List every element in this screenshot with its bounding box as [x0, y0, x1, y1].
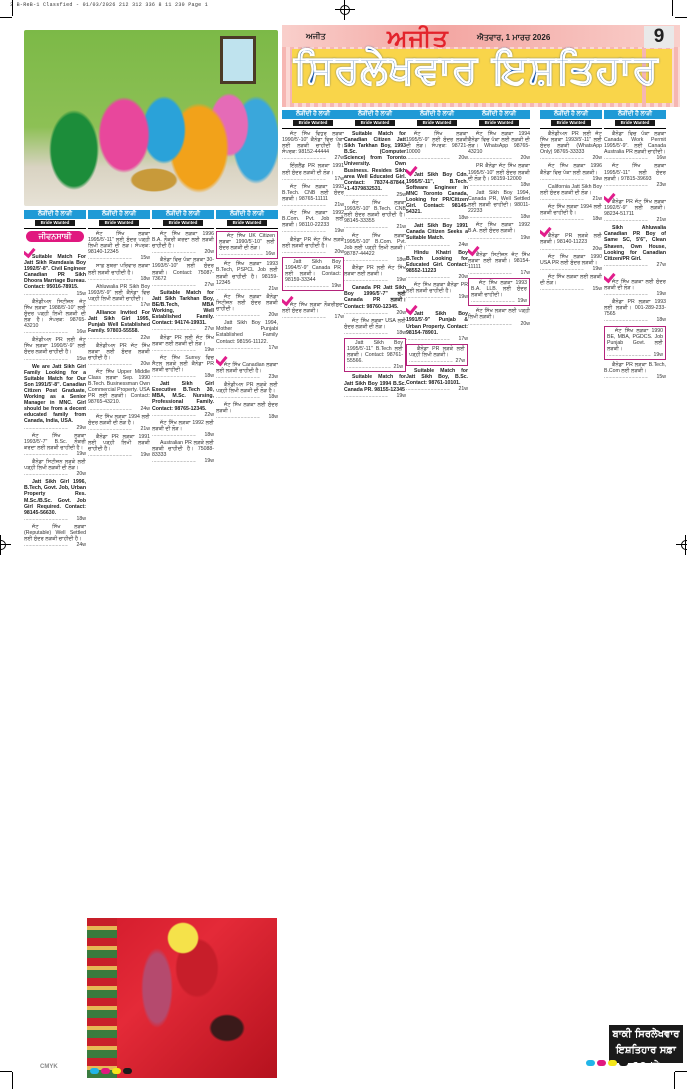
matrimonial-badge: ਜੀਵਨਸਾਥੀ: [26, 231, 84, 242]
classified-ad: Alliance Invited For Jatt Sikh Girl 1995…: [88, 310, 150, 340]
ad-text: ਜੱਟ ਸਿੱਖ ਲੜਕਾ 1995/5'-9" ਲਈ ਸੁੰਦਰ ਲੜਕੀ ਦ…: [406, 131, 468, 155]
ad-body: Australian PR ਲੜਕੇ ਲਈ ਲੜਕੀ ਚਾਹੀਦੀ ਹੈ। 75…: [152, 440, 214, 458]
classified-ad: ਜੱਟ ਸਿੱਖ ਲੜਕਾ 1990 BE, MBA, PGDCS. Job P…: [604, 326, 666, 360]
column-rule: [344, 128, 406, 129]
ad-body: ਕੈਨੇਡਾ PR ਲੜਕਾ 1991 ਲਈ ਪੜ੍ਹੀ ਲਿਖੀ ਲੜਕੀ ਚ…: [88, 434, 150, 452]
ad-body: ਕੈਨੇਡਾ PR ਲੜਕੇ ਲਈ ਲੜਕੀ। 98140-11223: [540, 233, 602, 245]
ad-body: ਜੱਟ ਸਿੱਖ ਲੜਕਾ 1993 B.Tech. CNB ਲਈ ਸੁੰਦਰ …: [282, 184, 344, 202]
ad-word-count: 29w: [24, 425, 86, 431]
ad-body: ਜੱਟ ਸਿੱਖ ਲੜਕਾ (Reputable) Well Settled ਲ…: [24, 524, 86, 542]
classified-ad: ਕੈਨੇਡਾ PR ਲਈ ਜੱਟ ਸਿੱਖ ਲੜਕਾ ਲਈ ਲੜਕੀ।19w: [344, 265, 406, 283]
ad-word-count: 19w: [607, 352, 663, 358]
ad-text: Ahluwalia PR Sikh Boy 1993/5'-9" ਲਈ ਕੈਨੇ…: [88, 284, 150, 302]
checkmark-icon: [282, 293, 294, 302]
ad-body: Jatt Sikh Boy 1994, Canada PR, Well Sett…: [468, 190, 530, 214]
ad-text: ਕੈਨੇਡਾ PR ਲਈ ਜੱਟ ਸਿੱਖ ਲੜਕਾ ਲਈ ਲੜਕੀ ਦੀ ਲੋ…: [152, 335, 214, 347]
ad-body: ਕੈਨੇਡਾ PR ਜੱਟ ਸਿੱਖ ਲੜਕੇ ਲਈ ਲੜਕੀ ਚਾਹੀਦੀ ਹ…: [282, 237, 344, 249]
ad-body: ਜੱਟ ਸਿੱਖ ਲੜਕਾ 1995/5'-9" ਲਈ ਸੁੰਦਰ ਲੜਕੀ ਦ…: [406, 131, 468, 155]
ad-body: ਜੱਟ ਸਿੱਖ ਲੜਕਾ ਕੈਨੇਡਾ PR ਲਈ ਲੜਕੀ ਚਾਹੀਦੀ ਹ…: [406, 282, 468, 294]
ad-text: ਕੈਨੇਡਾ ਵਿਚ ਪੱਕਾ ਲੜਕਾ Canada. Work Permit…: [604, 131, 666, 155]
classified-column: ਲੋੜੀਂਦੀ ਹੈ ਲਾੜੀBride Wantedਜੱਟ ਸਿੱਖ ਲੜਕਾ…: [468, 110, 530, 1070]
column-subheader: Bride Wanted: [615, 120, 655, 126]
ad-text: ਸਾਫ਼ ਸੁਥਰਾ ਪਰਿਵਾਰ ਲੜਕਾ ਲਈ ਲੜਕੀ ਚਾਹੀਦੀ ਹੈ…: [88, 263, 150, 275]
classified-ad: ਜੱਟ ਸਿੱਖ ਲੜਕਾ USA ਲਈ ਸੁੰਦਰ ਲੜਕੀ ਦੀ ਲੋੜ।1…: [344, 318, 406, 336]
classified-ad: ਕੈਨੇਡਾ PR ਲੜਕਾ 1993 ਲਈ ਲੜਕੀ। 001-289-233…: [604, 299, 666, 323]
column-rule: [406, 128, 468, 129]
classified-ad: Suitable Match For Jatt Sikh Ramdasia Bo…: [24, 245, 86, 297]
promo-line-2: ਇਸ਼ਤਿਹਾਰ ਸਫ਼ਾ 10 'ਤੇ: [609, 1043, 683, 1075]
ad-word-count: 22w: [152, 412, 214, 418]
ad-text: Suitable Match For Jatt Sikh Ramdasia Bo…: [24, 254, 86, 291]
registration-mark-icon: [0, 535, 11, 555]
classified-ad: Jatt Sikh Boy 1991/5'-9" Punjab & Urban …: [406, 302, 468, 341]
ad-text: ਜੱਟ ਸਿੱਖ ਲੜਕਾ 1993/5'-7" B.Sc. ਨੌਕਰੀ ਕਰਦ…: [24, 433, 86, 451]
ad-body: PR ਕੈਨੇਡਾ ਜੱਟ ਸਿੱਖ ਲੜਕਾ 1995/5'-10" ਲਈ ਸ…: [468, 163, 530, 181]
ad-word-count: 19w: [344, 393, 406, 399]
ad-word-count: 21w: [282, 202, 344, 208]
ad-body: ਕੈਨੇਡਾ PR ਲਈ ਜੱਟ ਸਿੱਖ ਲੜਕਾ ਲਈ ਲੜਕੀ।: [344, 265, 406, 277]
ad-body: Jatt Sikh Girl 1996, B.Tech, Govt. Job, …: [24, 479, 86, 515]
ad-body: ਜੱਟ ਸਿੱਖ Upper Middle Class ਲੜਕਾ Sep. 19…: [88, 369, 150, 405]
ad-word-count: 17w: [406, 336, 468, 342]
ad-text: ਜੱਟ ਸਿੱਖ ਲੜਕਾ 1990 BE, MBA, PGDCS. Job P…: [607, 328, 663, 352]
column-header: ਲੋੜੀਂਦੀ ਹੈ ਲਾੜੀ: [406, 110, 468, 119]
ad-body: ਕੈਨੇਡਾ ਵਿਚ ਪੱਕਾ ਲੜਕਾ 30-1993/5'-10" ਲਈ ਸ…: [152, 257, 214, 281]
ad-word-count: 23w: [216, 374, 278, 380]
print-slug: 3 B-ReB-1 Classfied - 01/03/2026 212 312…: [10, 2, 208, 8]
page-number: 9: [644, 26, 674, 48]
classified-ad: Jatt Sikh Boy Cdn. 1995/5'-11", B.Tech. …: [406, 163, 468, 221]
column-rule: [468, 128, 530, 129]
classified-ad: ਜੱਟ ਸਿੱਖ ਲੜਕਾ ਕੈਨੇਡਾ PR ਲਈ ਲੜਕੀ ਚਾਹੀਦੀ ਹ…: [406, 282, 468, 300]
ad-word-count: 19w: [406, 294, 468, 300]
column-subheader: Bride Wanted: [417, 120, 457, 126]
checkmark-icon: [468, 243, 480, 252]
ad-body: ਕੈਨੇਡਾ PR ਜੱਟ ਸਿੱਖ ਲੜਕਾ 1992/5'-9" ਲਈ ਲੜ…: [604, 199, 666, 217]
classified-ad: ਜੱਟ ਸਿੱਖ ਲੜਕਾ 1992 B.A. ਲਈ ਸੁੰਦਰ ਲੜਕੀ।19…: [468, 222, 530, 240]
column-rule: [540, 128, 602, 129]
ad-body: Jatt Sikh Boy Cdn. 1995/5'-11", B.Tech. …: [406, 172, 468, 215]
classified-ad: PR ਕੈਨੇਡਾ ਜੱਟ ਸਿੱਖ ਲੜਕਾ 1995/5'-10" ਲਈ ਸ…: [468, 163, 530, 187]
ad-word-count: 17w: [216, 345, 278, 351]
ad-text: ਜੱਟ ਸਿੱਖ ਲੜਕਾ 1994 ਲਈ ਲੜਕੀ ਚਾਹੀਦੀ ਹੈ।: [540, 204, 602, 216]
crop-mark: [12, 0, 13, 16]
classified-ad: ਜੱਟ ਸਿੱਖ ਵਿਧੁਰ ਲੜਕਾ 1990/5'-10" ਕੈਨੇਡਾ ਵ…: [282, 131, 344, 161]
ad-text: ਕੈਨੇਡਾ PR ਲੜਕੇ ਲਈ ਲੜਕੀ। 98140-11223: [540, 233, 602, 245]
ad-word-count: 27w: [152, 282, 214, 288]
ad-word-count: 24w: [406, 242, 468, 248]
ad-word-count: 18w: [468, 214, 530, 220]
ad-word-count: 19w: [88, 452, 150, 458]
ad-body: California Jatt Sikh Boy ਲਈ ਸੁੰਦਰ ਲੜਕੀ ਦ…: [540, 184, 602, 196]
classified-ad: ਜੱਟ ਸਿੱਖ ਲੜਕਾ ਨੌਕਰੀਸ਼ੁਦਾ ਲਈ ਸੁੰਦਰ ਲੜਕੀ।1…: [282, 293, 344, 320]
ad-text: ਇੰਗਲੈਂਡ PR ਲੜਕਾ 1991 ਲਈ ਸੁੰਦਰ ਲੜਕੀ ਦੀ ਲੋ…: [282, 163, 344, 175]
ad-body: ਜੱਟ ਸਿੱਖ ਲੜਕਾ 1994 ਲਈ ਲੜਕੀ ਚਾਹੀਦੀ ਹੈ।: [540, 204, 602, 216]
ad-body: ਜੱਟ ਸਿੱਖ ਲੜਕਾ 1994 ਲਈ ਸੁੰਦਰ ਲੜਕੀ ਦੀ ਲੋੜ …: [88, 414, 150, 426]
classified-ad: ਜੱਟ ਸਿੱਖ ਲੜਕਾ 1996 B.A. ਨੌਕਰੀ ਕਰਦਾ ਲਈ ਲੜ…: [152, 231, 214, 255]
classified-ad: ਜੱਟ ਸਿੱਖ ਲੜਕਾ 1994 ਲਈ ਲੜਕੀ ਚਾਹੀਦੀ ਹੈ।18w: [540, 204, 602, 222]
color-bar: [90, 1068, 132, 1074]
ad-word-count: 27w: [604, 262, 666, 268]
ad-text: ਜੱਟ ਸਿੱਖ UK Citizen ਲੜਕਾ 1990/5'-10" ਲਈ …: [219, 233, 275, 251]
classified-ad: Hindu Khatri Boy B.Tech Looking for Educ…: [406, 250, 468, 280]
classified-ad: We are Jatt Sikh Girl Family Looking for…: [24, 364, 86, 431]
ad-text: ਕੈਨੇਡਾ ਸਿਟੀਜ਼ਨ ਲੜਕੇ ਲਈ ਪੜ੍ਹੀ ਲਿਖੀ ਲੜਕੀ ਦ…: [24, 459, 86, 471]
crop-mark: [0, 1071, 12, 1072]
ad-word-count: 20w: [216, 312, 278, 318]
ad-word-count: 21w: [344, 224, 406, 230]
ad-word-count: 18w: [88, 276, 150, 282]
ad-text: ਜੱਟ ਸਿੱਖ ਲੜਕਾ ਕੈਨੇਡਾ PR ਲਈ ਲੜਕੀ ਚਾਹੀਦੀ ਹ…: [406, 282, 468, 294]
crop-mark: [0, 17, 12, 18]
ad-body: ਕੈਨੇਡਾ ਵਿਚ ਪੱਕਾ ਲੜਕਾ Canada. Work Permit…: [604, 131, 666, 155]
crop-mark: [675, 17, 687, 18]
ad-text: Jatt Sikh Boy 1991/5'-9" Punjab & Urban …: [406, 311, 468, 335]
ad-text: ਜੱਟ ਸਿੱਖ ਲੜਕਾ ਲਈ ਲੜਕੀ ਦੀ ਲੋੜ।: [540, 274, 602, 286]
ad-body: Suitable Match for Jatt Sikh Boy 1994 B.…: [344, 374, 406, 392]
ad-word-count: 15w: [540, 286, 602, 292]
ad-word-count: 17w: [468, 270, 530, 276]
ad-text: Suitable Match for Jatt Sikh Tarkhan Boy…: [152, 290, 214, 327]
ad-body: ਕੈਨੇਡਾ ਸਿਟੀਜ਼ਨ ਲੜਕੇ ਲਈ ਪੜ੍ਹੀ ਲਿਖੀ ਲੜਕੀ ਦ…: [24, 459, 86, 471]
column-header: ਲੋੜੀਂਦੀ ਹੈ ਲਾੜੀ: [468, 110, 530, 119]
registration-mark-icon: [335, 0, 355, 20]
ad-word-count: 20w: [344, 310, 406, 316]
ad-word-count: 17w: [282, 176, 344, 182]
ad-word-count: 20w: [406, 155, 468, 161]
checkmark-icon: [406, 302, 418, 311]
ad-word-count: 19w: [282, 228, 344, 234]
ad-word-count: 16w: [604, 155, 666, 161]
classified-ad: ਜੱਟ ਸਿੱਖ Upper Middle Class ਲੜਕਾ Sep. 19…: [88, 369, 150, 412]
classified-ad: ਕੈਨੇਡਾ PR ਲੜਕਾ 1991 ਲਈ ਪੜ੍ਹੀ ਲਿਖੀ ਲੜਕੀ ਚ…: [88, 434, 150, 458]
ad-body: ਸਾਫ਼ ਸੁਥਰਾ ਪਰਿਵਾਰ ਲੜਕਾ ਲਈ ਲੜਕੀ ਚਾਹੀਦੀ ਹੈ…: [88, 263, 150, 275]
checkmark-icon: [216, 353, 228, 362]
classified-ad: ਜੱਟ ਸਿੱਖ ਲੜਕਾ 1990 USA PR ਲਈ ਸੁੰਦਰ ਲੜਕੀ।…: [540, 254, 602, 272]
ad-text: Jatt Sikh Boy 1994/5'-9" Canada PR ਲਈ ਲੜ…: [285, 259, 341, 283]
classified-ad: ਜੱਟ ਸਿੱਖ ਲੜਕਾ 1995/5'-9" ਲਈ ਸੁੰਦਰ ਲੜਕੀ ਦ…: [406, 131, 468, 161]
promo-line-1: ਬਾਕੀ ਸਿਰਲੇਖਵਾਰ: [609, 1027, 683, 1043]
ad-body: ਜੱਟ ਸਿੱਖ ਲੜਕਾ 1996 ਕੈਨੇਡਾ ਵਿਚ ਪੱਕਾ ਲਈ ਲੜ…: [540, 163, 602, 175]
classified-ad: ਕੈਨੇਡੀਅਨ PR ਲਈ ਜੱਟ ਸਿੱਖ ਲੜਕਾ 1993/5'-11"…: [540, 131, 602, 161]
ad-word-count: 21w: [540, 196, 602, 202]
ad-word-count: 20w: [540, 155, 602, 161]
classified-ad: ਜੱਟ ਸਿੱਖ Canadian ਲੜਕਾ ਲਈ ਲੜਕੀ ਚਾਹੀਦੀ ਹੈ…: [216, 353, 278, 380]
ad-word-count: 18w: [344, 330, 406, 336]
ad-body: ਜੱਟ ਸਿੱਖ ਲੜਕਾ ਲਈ ਲੜਕੀ ਦੀ ਲੋੜ।: [540, 274, 602, 286]
ad-body: ਜੱਟ ਸਿੱਖ ਲੜਕਾ 1993 B.A. LLB. ਲਈ ਸੁੰਦਰ ਲੜ…: [471, 280, 527, 298]
ad-text: ਕੈਨੇਡੀਅਨ PR ਲਈ ਜੱਟ ਸਿੱਖ ਲੜਕਾ 1993/5'-11"…: [540, 131, 602, 155]
classified-ad: Suitable Match for Jatt Sikh Boy, B.Sc. …: [406, 368, 468, 392]
ad-body: Sikh Ahluwalia Canadian PR Boy of Same S…: [604, 225, 666, 261]
classified-column: ਲੋੜੀਂਦੀ ਹੈ ਲਾੜੀBride WantedਜੀਵਨਸਾਥੀSuita…: [24, 210, 86, 1070]
ad-text: Suitable Match for Canadian Citizen Jatt…: [344, 131, 406, 192]
continued-promo-box: ਬਾਕੀ ਸਿਰਲੇਖਵਾਰ ਇਸ਼ਤਿਹਾਰ ਸਫ਼ਾ 10 'ਤੇ: [609, 1025, 683, 1063]
ad-text: We are Jatt Sikh Girl Family Looking for…: [24, 364, 86, 425]
ad-word-count: 18w: [24, 516, 86, 522]
checkmark-icon: [604, 270, 616, 279]
classified-ad: ਜੱਟ ਸਿੱਖ ਲੜਕਾ 1995/5'-11" ਲਈ ਸੁੰਦਰ ਪੜ੍ਹੀ…: [88, 231, 150, 261]
ad-body: Jatt Sikh Boy 1991 Canada Citizen Seeks …: [406, 223, 468, 241]
ad-body: ਜੱਟ ਸਿੱਖ ਲੜਕਾ 1996 B.A. ਨੌਕਰੀ ਕਰਦਾ ਲਈ ਲੜ…: [152, 231, 214, 249]
checkmark-icon: [406, 163, 418, 172]
ad-word-count: 19w: [540, 266, 602, 272]
column-subheader: Bride Wanted: [163, 220, 203, 226]
ad-text: ਜੱਟ ਸਿੱਖ Upper Middle Class ਲੜਕਾ Sep. 19…: [88, 369, 150, 406]
column-subheader: Bride Wanted: [35, 220, 75, 226]
ad-body: Jatt Sikh Boy 1994, Mother Punjabi Estab…: [216, 320, 278, 344]
classified-ad: ਜੱਟ ਸਿੱਖ Surrey ਵਿਚ ਸੈਟਲ ਲੜਕੇ ਲਈ ਕੈਨੇਡਾ …: [152, 355, 214, 379]
ad-text: ਕੈਨੇਡਾ PR ਲੜਕੇ ਲਈ ਪੜ੍ਹੀ ਲਿਖੀ ਲੜਕੀ।: [409, 346, 465, 358]
ad-word-count: 19w: [604, 291, 666, 297]
ad-text: Jatt Sikh Girl Executive B.Tech 30, MBA,…: [152, 381, 214, 411]
ad-body: ਕੈਨੇਡੀਅਨ PR ਲੜਕੇ ਲਈ ਪੜ੍ਹੀ ਲਿਖੀ ਲੜਕੀ ਦੀ ਲ…: [216, 382, 278, 394]
classified-ad: ਜੱਟ ਸਿੱਖ ਲੜਕਾ ਲਈ ਲੜਕੀ ਦੀ ਲੋੜ।15w: [540, 274, 602, 292]
ad-text: PR ਕੈਨੇਡਾ ਜੱਟ ਸਿੱਖ ਲੜਕਾ 1995/5'-10" ਲਈ ਸ…: [468, 163, 530, 181]
crop-mark: [672, 0, 673, 16]
classified-ad: Sikh Ahluwalia Canadian PR Boy of Same S…: [604, 225, 666, 268]
ad-word-count: 18w: [344, 257, 406, 263]
ad-text: ਜੱਟ ਸਿੱਖ ਲੜਕਾ 1995/5'-11" ਲਈ ਸੁੰਦਰ ਪੜ੍ਹੀ…: [88, 231, 150, 255]
ad-text: ਜੱਟ ਸਿੱਖ ਲੜਕਾ ਲਈ ਸੁੰਦਰ ਲੜਕੀ ਦੀ ਲੋੜ।: [604, 279, 666, 291]
ad-word-count: 19w: [468, 235, 530, 241]
ad-word-count: 25w: [344, 192, 406, 198]
classified-column: ਲੋੜੀਂਦੀ ਹੈ ਲਾੜੀBride WantedSuitable Matc…: [344, 110, 406, 1070]
classified-ad: ਜੱਟ ਸਿੱਖ ਲੜਕਾ 1993 B.Tech. CNB ਲਈ ਸੁੰਦਰ …: [282, 184, 344, 208]
ad-body: ਇੰਗਲੈਂਡ PR ਲੜਕਾ 1991 ਲਈ ਸੁੰਦਰ ਲੜਕੀ ਦੀ ਲੋ…: [282, 163, 344, 175]
ad-text: ਜੱਟ ਸਿੱਖ ਲੜਕਾ ਕੈਨੇਡਾ ਸਿਟੀਜ਼ਨ ਲਈ ਸੁੰਦਰ ਲੜ…: [216, 294, 278, 312]
classified-ad: ਕੈਨੇਡਾ ਵਿਚ ਪੱਕਾ ਲੜਕਾ Canada. Work Permit…: [604, 131, 666, 161]
classified-ad: Canada PR Jatt Sikh Boy 1996/5'-7" ਲਈ Ca…: [344, 285, 406, 315]
column-subheader: Bride Wanted: [293, 120, 333, 126]
ad-text: ਜੱਟ ਸਿੱਖ ਲੜਕਾ (Reputable) Well Settled ਲ…: [24, 524, 86, 542]
ad-word-count: 18w: [152, 432, 214, 438]
ad-word-count: 23w: [604, 182, 666, 188]
classified-ad: Ahluwalia PR Sikh Boy 1993/5'-9" ਲਈ ਕੈਨੇ…: [88, 284, 150, 308]
ad-word-count: 21w: [216, 286, 278, 292]
classified-ad: ਜੱਟ ਸਿੱਖ ਲੜਕਾ 1995/5'-10" B.Com. Pvt. Jo…: [344, 233, 406, 263]
classified-ad: ਕੈਨੇਡਾ PR ਜੱਟ ਸਿੱਖ ਲੜਕੇ ਲਈ ਲੜਕੀ ਚਾਹੀਦੀ ਹ…: [282, 237, 344, 255]
ad-body: Jatt Sikh Girl Executive B.Tech 30, MBA,…: [152, 381, 214, 411]
ad-text: ਜੱਟ ਸਿੱਖ ਲੜਕਾ 1993 B.A. LLB. ਲਈ ਸੁੰਦਰ ਲੜ…: [471, 280, 527, 298]
ad-body: Jatt Sikh Boy 1995/5'-11" B.Tech ਲਈ ਲੜਕੀ…: [347, 340, 403, 364]
classified-ad: Jatt Sikh Boy 1994, Canada PR, Well Sett…: [468, 190, 530, 220]
column-rule: [24, 228, 86, 229]
ad-body: ਕੈਨੇਡਾ ਸਿਟੀਜ਼ਨ ਜੱਟ ਸਿੱਖ ਲੜਕਾ ਲਈ ਲੜਕੀ। 98…: [468, 252, 530, 270]
column-subheader: Bride Wanted: [551, 120, 591, 126]
classified-ad: Australian PR ਲੜਕੇ ਲਈ ਲੜਕੀ ਚਾਹੀਦੀ ਹੈ। 75…: [152, 440, 214, 464]
ad-text: Jatt Sikh Boy Cdn. 1995/5'-11", B.Tech. …: [406, 172, 468, 215]
classified-ad: ਜੱਟ ਸਿੱਖ ਲੜਕਾ 1993 B.Tech, PSPCL Job ਲਈ …: [216, 261, 278, 291]
column-header: ਲੋੜੀਂਦੀ ਹੈ ਲਾੜੀ: [216, 210, 278, 219]
classified-ad: ਜੱਟ ਸਿੱਖ ਲੜਕਾ ਕੈਨੇਡਾ ਸਿਟੀਜ਼ਨ ਲਈ ਸੁੰਦਰ ਲੜ…: [216, 294, 278, 318]
ad-word-count: 22w: [88, 335, 150, 341]
ad-word-count: 15w: [24, 291, 86, 297]
classified-ad: ਕੈਨੇਡਾ ਵਿਚ ਪੱਕਾ ਲੜਕਾ 30-1993/5'-10" ਲਈ ਸ…: [152, 257, 214, 287]
classified-ad: ਸਾਫ਼ ਸੁਥਰਾ ਪਰਿਵਾਰ ਲੜਕਾ ਲਈ ਲੜਕੀ ਚਾਹੀਦੀ ਹੈ…: [88, 263, 150, 281]
classified-ad: ਕੈਨੇਡਾ PR ਲੜਕੇ ਲਈ ਪੜ੍ਹੀ ਲਿਖੀ ਲੜਕੀ।27w: [406, 344, 468, 366]
classified-ad: ਜੱਟ ਸਿੱਖ ਲੜਕਾ 1995/5'-11" ਲਈ ਸੁੰਦਰ ਲੜਕੀ।…: [604, 163, 666, 187]
classified-ad: California Jatt Sikh Boy ਲਈ ਸੁੰਦਰ ਲੜਕੀ ਦ…: [540, 184, 602, 202]
ad-text: Jatt Sikh Boy 1994, Mother Punjabi Estab…: [216, 320, 278, 344]
ad-word-count: 19w: [344, 277, 406, 283]
ad-text: ਜੱਟ ਸਿੱਖ ਲੜਕਾ ਨੌਕਰੀਸ਼ੁਦਾ ਲਈ ਸੁੰਦਰ ਲੜਕੀ।: [282, 302, 344, 314]
ad-word-count: 27w: [282, 155, 344, 161]
ad-text: Jatt Sikh Girl 1996, B.Tech, Govt. Job, …: [24, 479, 86, 516]
ad-text: ਜੱਟ ਸਿੱਖ ਲੜਕਾ 1995/5'-11" ਲਈ ਸੁੰਦਰ ਲੜਕੀ।…: [604, 163, 666, 181]
checkmark-icon: [604, 190, 616, 199]
classified-ad: Jatt Sikh Girl Executive B.Tech 30, MBA,…: [152, 381, 214, 418]
ad-word-count: 21w: [406, 386, 468, 392]
classified-ad: ਜੱਟ ਸਿੱਖ UK Citizen ਲੜਕਾ 1990/5'-10" ਲਈ …: [216, 231, 278, 259]
classified-ad: Jatt Sikh Boy 1994/5'-9" Canada PR ਲਈ ਲੜ…: [282, 257, 344, 291]
ad-word-count: 20w: [152, 249, 214, 255]
ad-body: Jatt Sikh Boy 1994/5'-9" Canada PR ਲਈ ਲੜ…: [285, 259, 341, 283]
color-bar: [586, 1060, 628, 1066]
ad-text: ਕੈਨੇਡਾ ਸਿਟੀਜ਼ਨ ਜੱਟ ਸਿੱਖ ਲੜਕਾ ਲਈ ਲੜਕੀ। 98…: [468, 252, 530, 270]
checkmark-icon: [24, 245, 36, 254]
ad-text: ਕੈਨੇਡਾ PR ਲਈ ਜੱਟ ਸਿੱਖ ਲੜਕਾ ਲਈ ਲੜਕੀ।: [344, 265, 406, 277]
ad-body: ਜੱਟ ਸਿੱਖ ਲੜਕਾ ਕੈਨੇਡਾ ਸਿਟੀਜ਼ਨ ਲਈ ਸੁੰਦਰ ਲੜ…: [216, 294, 278, 312]
classified-ad: ਜੱਟ ਸਿੱਖ ਲੜਕਾ ਲਈ ਸੁੰਦਰ ਲੜਕੀ।18w: [216, 402, 278, 420]
classified-ad: ਜੱਟ ਸਿੱਖ ਲੜਕਾ 1992 B.Com. Pvt. Job ਲਈ ਲੜ…: [282, 210, 344, 234]
ad-body: Canada PR Jatt Sikh Boy 1996/5'-7" ਲਈ Ca…: [344, 285, 406, 309]
ad-text: ਜੱਟ ਸਿੱਖ ਲੜਕਾ USA ਲਈ ਸੁੰਦਰ ਲੜਕੀ ਦੀ ਲੋੜ।: [344, 318, 406, 330]
ad-body: We are Jatt Sikh Girl Family Looking for…: [24, 364, 86, 425]
ad-body: Suitable Match for Jatt Sikh Tarkhan Boy…: [152, 290, 214, 326]
ad-body: ਜੱਟ ਸਿੱਖ ਲੜਕਾ 1993 B.Tech, PSPCL Job ਲਈ …: [216, 261, 278, 285]
registration-mark-icon: [676, 535, 687, 555]
ad-body: Jatt Sikh Boy 1991/5'-9" Punjab & Urban …: [406, 311, 468, 335]
ad-word-count: 18w: [216, 394, 278, 400]
photo-wedding-bangles: [87, 918, 277, 1078]
ad-text: ਜੱਟ ਸਿੱਖ ਲੜਕਾ 1992 ਲਈ ਲੜਕੀ ਦੀ ਲੋੜ।: [152, 420, 214, 432]
ad-word-count: 27w: [409, 358, 465, 364]
classified-ad: ਕੈਨੇਡਾ PR ਜੱਟ ਸਿੱਖ ਲੜਕਾ 1992/5'-9" ਲਈ ਲੜ…: [604, 190, 666, 223]
ad-word-count: 18w: [604, 317, 666, 323]
column-subheader: Bride Wanted: [227, 220, 267, 226]
classified-ad: ਕੈਨੇਡਾ PR ਲੜਕੇ ਲਈ ਲੜਕੀ। 98140-1122320w: [540, 224, 602, 251]
classified-ad: ਕੈਨੇਡੀਅਨ PR ਲਈ ਜੱਟ ਸਿੱਖ ਲੜਕਾ 1990/5'-9" …: [24, 337, 86, 361]
classified-ad: ਜੱਟ ਸਿੱਖ ਲੜਕਾ ਲਈ ਪੜ੍ਹੀ ਲਿਖੀ ਲੜਕੀ।20w: [468, 308, 530, 326]
ad-text: ਜੱਟ ਸਿੱਖ Canadian ਲੜਕਾ ਲਈ ਲੜਕੀ ਚਾਹੀਦੀ ਹੈ…: [216, 362, 278, 374]
classified-ad: Jatt Sikh Boy 1991 Canada Citizen Seeks …: [406, 223, 468, 247]
ad-text: ਜੱਟ ਸਿੱਖ ਲੜਕਾ ਲਈ ਸੁੰਦਰ ਲੜਕੀ।: [216, 402, 278, 414]
ad-text: ਕੈਨੇਡੀਅਨ PR ਲਈ ਜੱਟ ਸਿੱਖ ਲੜਕਾ 1990/5'-9" …: [24, 337, 86, 355]
ad-body: Ahluwalia PR Sikh Boy 1993/5'-9" ਲਈ ਕੈਨੇ…: [88, 284, 150, 302]
column-header: ਲੋੜੀਂਦੀ ਹੈ ਲਾੜੀ: [282, 110, 344, 119]
classified-column: ਲੋੜੀਂਦੀ ਹੈ ਲਾੜੀBride Wantedਜੱਟ ਸਿੱਖ UK C…: [216, 210, 278, 915]
column-subheader: Bride Wanted: [99, 220, 139, 226]
ad-body: ਜੱਟ ਸਿੱਖ ਲੜਕਾ ਨੌਕਰੀਸ਼ੁਦਾ ਲਈ ਸੁੰਦਰ ਲੜਕੀ।: [282, 302, 344, 314]
ad-text: ਜੱਟ ਸਿੱਖ ਲੜਕਾ 1990 USA PR ਲਈ ਸੁੰਦਰ ਲੜਕੀ।: [540, 254, 602, 266]
classified-column: ਲੋੜੀਂਦੀ ਹੈ ਲਾੜੀBride Wantedਕੈਨੇਡਾ ਵਿਚ ਪੱ…: [604, 110, 666, 1015]
ad-body: ਕੈਨੇਡੀਅਨ ਸਿਟੀਜ਼ਨ ਜੱਟ ਸਿੱਖ ਲੜਕਾ 1988/5'-1…: [24, 299, 86, 329]
ad-word-count: 20w: [540, 246, 602, 252]
ad-word-count: 19w: [152, 347, 214, 353]
ad-text: ਜੱਟ ਸਿੱਖ ਲੜਕਾ 1995/5'-10" B.Com. Pvt. Jo…: [344, 233, 406, 257]
column-subheader: Bride Wanted: [355, 120, 395, 126]
ad-text: ਜੱਟ ਸਿੱਖ Surrey ਵਿਚ ਸੈਟਲ ਲੜਕੇ ਲਈ ਕੈਨੇਡਾ …: [152, 355, 214, 373]
column-rule: [604, 128, 666, 129]
classified-ad: ਕੈਨੇਡੀਅਨ PR ਜੱਟ ਸਿੱਖ ਲੜਕਾ ਲਈ ਸੁੰਦਰ ਲੜਕੀ …: [88, 343, 150, 367]
ad-body: ਜੱਟ ਸਿੱਖ ਲੜਕਾ 1992 B.Com. Pvt. Job ਲਈ ਲੜ…: [282, 210, 344, 228]
ad-word-count: 21w: [88, 426, 150, 432]
classified-ad: ਕੈਨੇਡੀਅਨ ਸਿਟੀਜ਼ਨ ਜੱਟ ਸਿੱਖ ਲੜਕਾ 1988/5'-1…: [24, 299, 86, 336]
window-illustration: [220, 36, 256, 84]
ad-text: ਕੈਨੇਡਾ PR ਜੱਟ ਸਿੱਖ ਲੜਕੇ ਲਈ ਲੜਕੀ ਚਾਹੀਦੀ ਹ…: [282, 237, 344, 249]
ad-body: Alliance Invited For Jatt Sikh Girl 1995…: [88, 310, 150, 334]
classified-ad: Jatt Sikh Boy 1994, Mother Punjabi Estab…: [216, 320, 278, 350]
ad-word-count: 20w: [468, 155, 530, 161]
classified-ad: ਜੱਟ ਸਿੱਖ ਲੜਕਾ 1996 ਕੈਨੇਡਾ ਵਿਚ ਪੱਕਾ ਲਈ ਲੜ…: [540, 163, 602, 181]
ad-word-count: 16w: [24, 329, 86, 335]
ad-text: Jatt Sikh Boy 1995/5'-11" B.Tech ਲਈ ਲੜਕੀ…: [347, 340, 403, 364]
ad-body: ਜੱਟ ਸਿੱਖ ਲੜਕਾ 1995/5'-10" B.Com. Pvt. Jo…: [344, 233, 406, 257]
ad-word-count: 24w: [88, 406, 150, 412]
ad-word-count: 15w: [88, 255, 150, 261]
ad-body: ਕੈਨੇਡੀਅਨ PR ਜੱਟ ਸਿੱਖ ਲੜਕਾ ਲਈ ਸੁੰਦਰ ਲੜਕੀ …: [88, 343, 150, 361]
ad-text: ਜੱਟ ਸਿੱਖ ਲੜਕਾ 1996 B.A. ਨੌਕਰੀ ਕਰਦਾ ਲਈ ਲੜ…: [152, 231, 214, 249]
ad-text: ਕੈਨੇਡੀਅਨ PR ਲੜਕੇ ਲਈ ਪੜ੍ਹੀ ਲਿਖੀ ਲੜਕੀ ਦੀ ਲ…: [216, 382, 278, 394]
paper-name: ਅਜੀਤ: [306, 32, 326, 42]
column-header: ਲੋੜੀਂਦੀ ਹੈ ਲਾੜੀ: [604, 110, 666, 119]
classified-ad: Suitable Match for Jatt Sikh Tarkhan Boy…: [152, 290, 214, 333]
ad-body: ਜੱਟ ਸਿੱਖ Canadian ਲੜਕਾ ਲਈ ਲੜਕੀ ਚਾਹੀਦੀ ਹੈ…: [216, 362, 278, 374]
classified-column: ਲੋੜੀਂਦੀ ਹੈ ਲਾੜੀBride Wantedਜੱਟ ਸਿੱਖ ਵਿਧੁ…: [282, 110, 344, 1070]
ad-word-count: 19w: [152, 458, 214, 464]
ad-text: ਜੱਟ ਸਿੱਖ ਲੜਕਾ ਲਈ ਪੜ੍ਹੀ ਲਿਖੀ ਲੜਕੀ।: [468, 308, 530, 320]
ad-text: Australian PR ਲੜਕੇ ਲਈ ਲੜਕੀ ਚਾਹੀਦੀ ਹੈ। 75…: [152, 440, 214, 458]
column-rule: [88, 228, 150, 229]
ad-body: ਕੈਨੇਡੀਅਨ PR ਲਈ ਜੱਟ ਸਿੱਖ ਲੜਕਾ 1990/5'-9" …: [24, 337, 86, 355]
column-rule: [282, 128, 344, 129]
ad-word-count: 18w: [468, 182, 530, 188]
ad-text: ਜੱਟ ਸਿੱਖ ਲੜਕਾ 1993/5'-10" B.Tech. CNB ਲਈ…: [344, 200, 406, 224]
ad-word-count: 15w: [24, 356, 86, 362]
ad-text: ਕੈਨੇਡਾ PR ਲੜਕਾ 1991 ਲਈ ਪੜ੍ਹੀ ਲਿਖੀ ਲੜਕੀ ਚ…: [88, 434, 150, 452]
ad-text: ਕੈਨੇਡੀਅਨ ਸਿਟੀਜ਼ਨ ਜੱਟ ਸਿੱਖ ਲੜਕਾ 1988/5'-1…: [24, 299, 86, 329]
column-rule: [152, 228, 214, 229]
ad-body: Suitable Match for Jatt Sikh Boy, B.Sc. …: [406, 368, 468, 386]
ad-text: ਕੈਨੇਡਾ PR ਜੱਟ ਸਿੱਖ ਲੜਕਾ 1992/5'-9" ਲਈ ਲੜ…: [604, 199, 666, 217]
column-header: ਲੋੜੀਂਦੀ ਹੈ ਲਾੜੀ: [540, 110, 602, 119]
column-rule: [216, 228, 278, 229]
ad-text: ਜੱਟ ਸਿੱਖ ਵਿਧੁਰ ਲੜਕਾ 1990/5'-10" ਕੈਨੇਡਾ ਵ…: [282, 131, 344, 155]
ad-text: Jatt Sikh Boy 1994, Canada PR, Well Sett…: [468, 190, 530, 214]
classified-ad: Jatt Sikh Boy 1995/5'-11" B.Tech ਲਈ ਲੜਕੀ…: [344, 338, 406, 372]
classified-ad: Suitable Match for Jatt Sikh Boy 1994 B.…: [344, 374, 406, 398]
ad-body: ਜੱਟ ਸਿੱਖ ਲੜਕਾ ਲਈ ਸੁੰਦਰ ਲੜਕੀ।: [216, 402, 278, 414]
ad-text: Suitable Match for Jatt Sikh Boy 1994 B.…: [344, 374, 406, 392]
classified-ad: ਕੈਨੇਡਾ ਸਿਟੀਜ਼ਨ ਜੱਟ ਸਿੱਖ ਲੜਕਾ ਲਈ ਲੜਕੀ। 98…: [468, 243, 530, 276]
ad-word-count: 21w: [604, 217, 666, 223]
classified-ad: ਕੈਨੇਡੀਅਨ PR ਲੜਕੇ ਲਈ ਪੜ੍ਹੀ ਲਿਖੀ ਲੜਕੀ ਦੀ ਲ…: [216, 382, 278, 400]
column-header: ਲੋੜੀਂਦੀ ਹੈ ਲਾੜੀ: [88, 210, 150, 219]
ad-body: ਜੱਟ ਸਿੱਖ ਲੜਕਾ 1990 USA PR ਲਈ ਸੁੰਦਰ ਲੜਕੀ।: [540, 254, 602, 266]
crop-mark: [12, 1072, 13, 1089]
ad-word-count: 17w: [88, 302, 150, 308]
column-header: ਲੋੜੀਂਦੀ ਹੈ ਲਾੜੀ: [24, 210, 86, 219]
issue-date: ਐਤਵਾਰ, 1 ਮਾਰਚ 2026: [477, 33, 550, 43]
ad-body: ਕੈਨੇਡਾ PR ਲੜਕੇ ਲਈ ਪੜ੍ਹੀ ਲਿਖੀ ਲੜਕੀ।: [409, 346, 465, 358]
ad-body: ਜੱਟ ਸਿੱਖ UK Citizen ਲੜਕਾ 1990/5'-10" ਲਈ …: [219, 233, 275, 251]
ad-body: ਕੈਨੇਡਾ PR ਲਈ ਜੱਟ ਸਿੱਖ ਲੜਕਾ ਲਈ ਲੜਕੀ ਦੀ ਲੋ…: [152, 335, 214, 347]
ad-body: ਜੱਟ ਸਿੱਖ ਲੜਕਾ USA ਲਈ ਸੁੰਦਰ ਲੜਕੀ ਦੀ ਲੋੜ।: [344, 318, 406, 330]
ad-word-count: 18w: [406, 215, 468, 221]
classified-ad: ਜੱਟ ਸਿੱਖ ਲੜਕਾ 1994 ਕੈਨੇਡਾ ਵਿਚ ਪੱਕਾ ਲਈ ਲੜ…: [468, 131, 530, 161]
ad-text: Sikh Ahluwalia Canadian PR Boy of Same S…: [604, 225, 666, 262]
